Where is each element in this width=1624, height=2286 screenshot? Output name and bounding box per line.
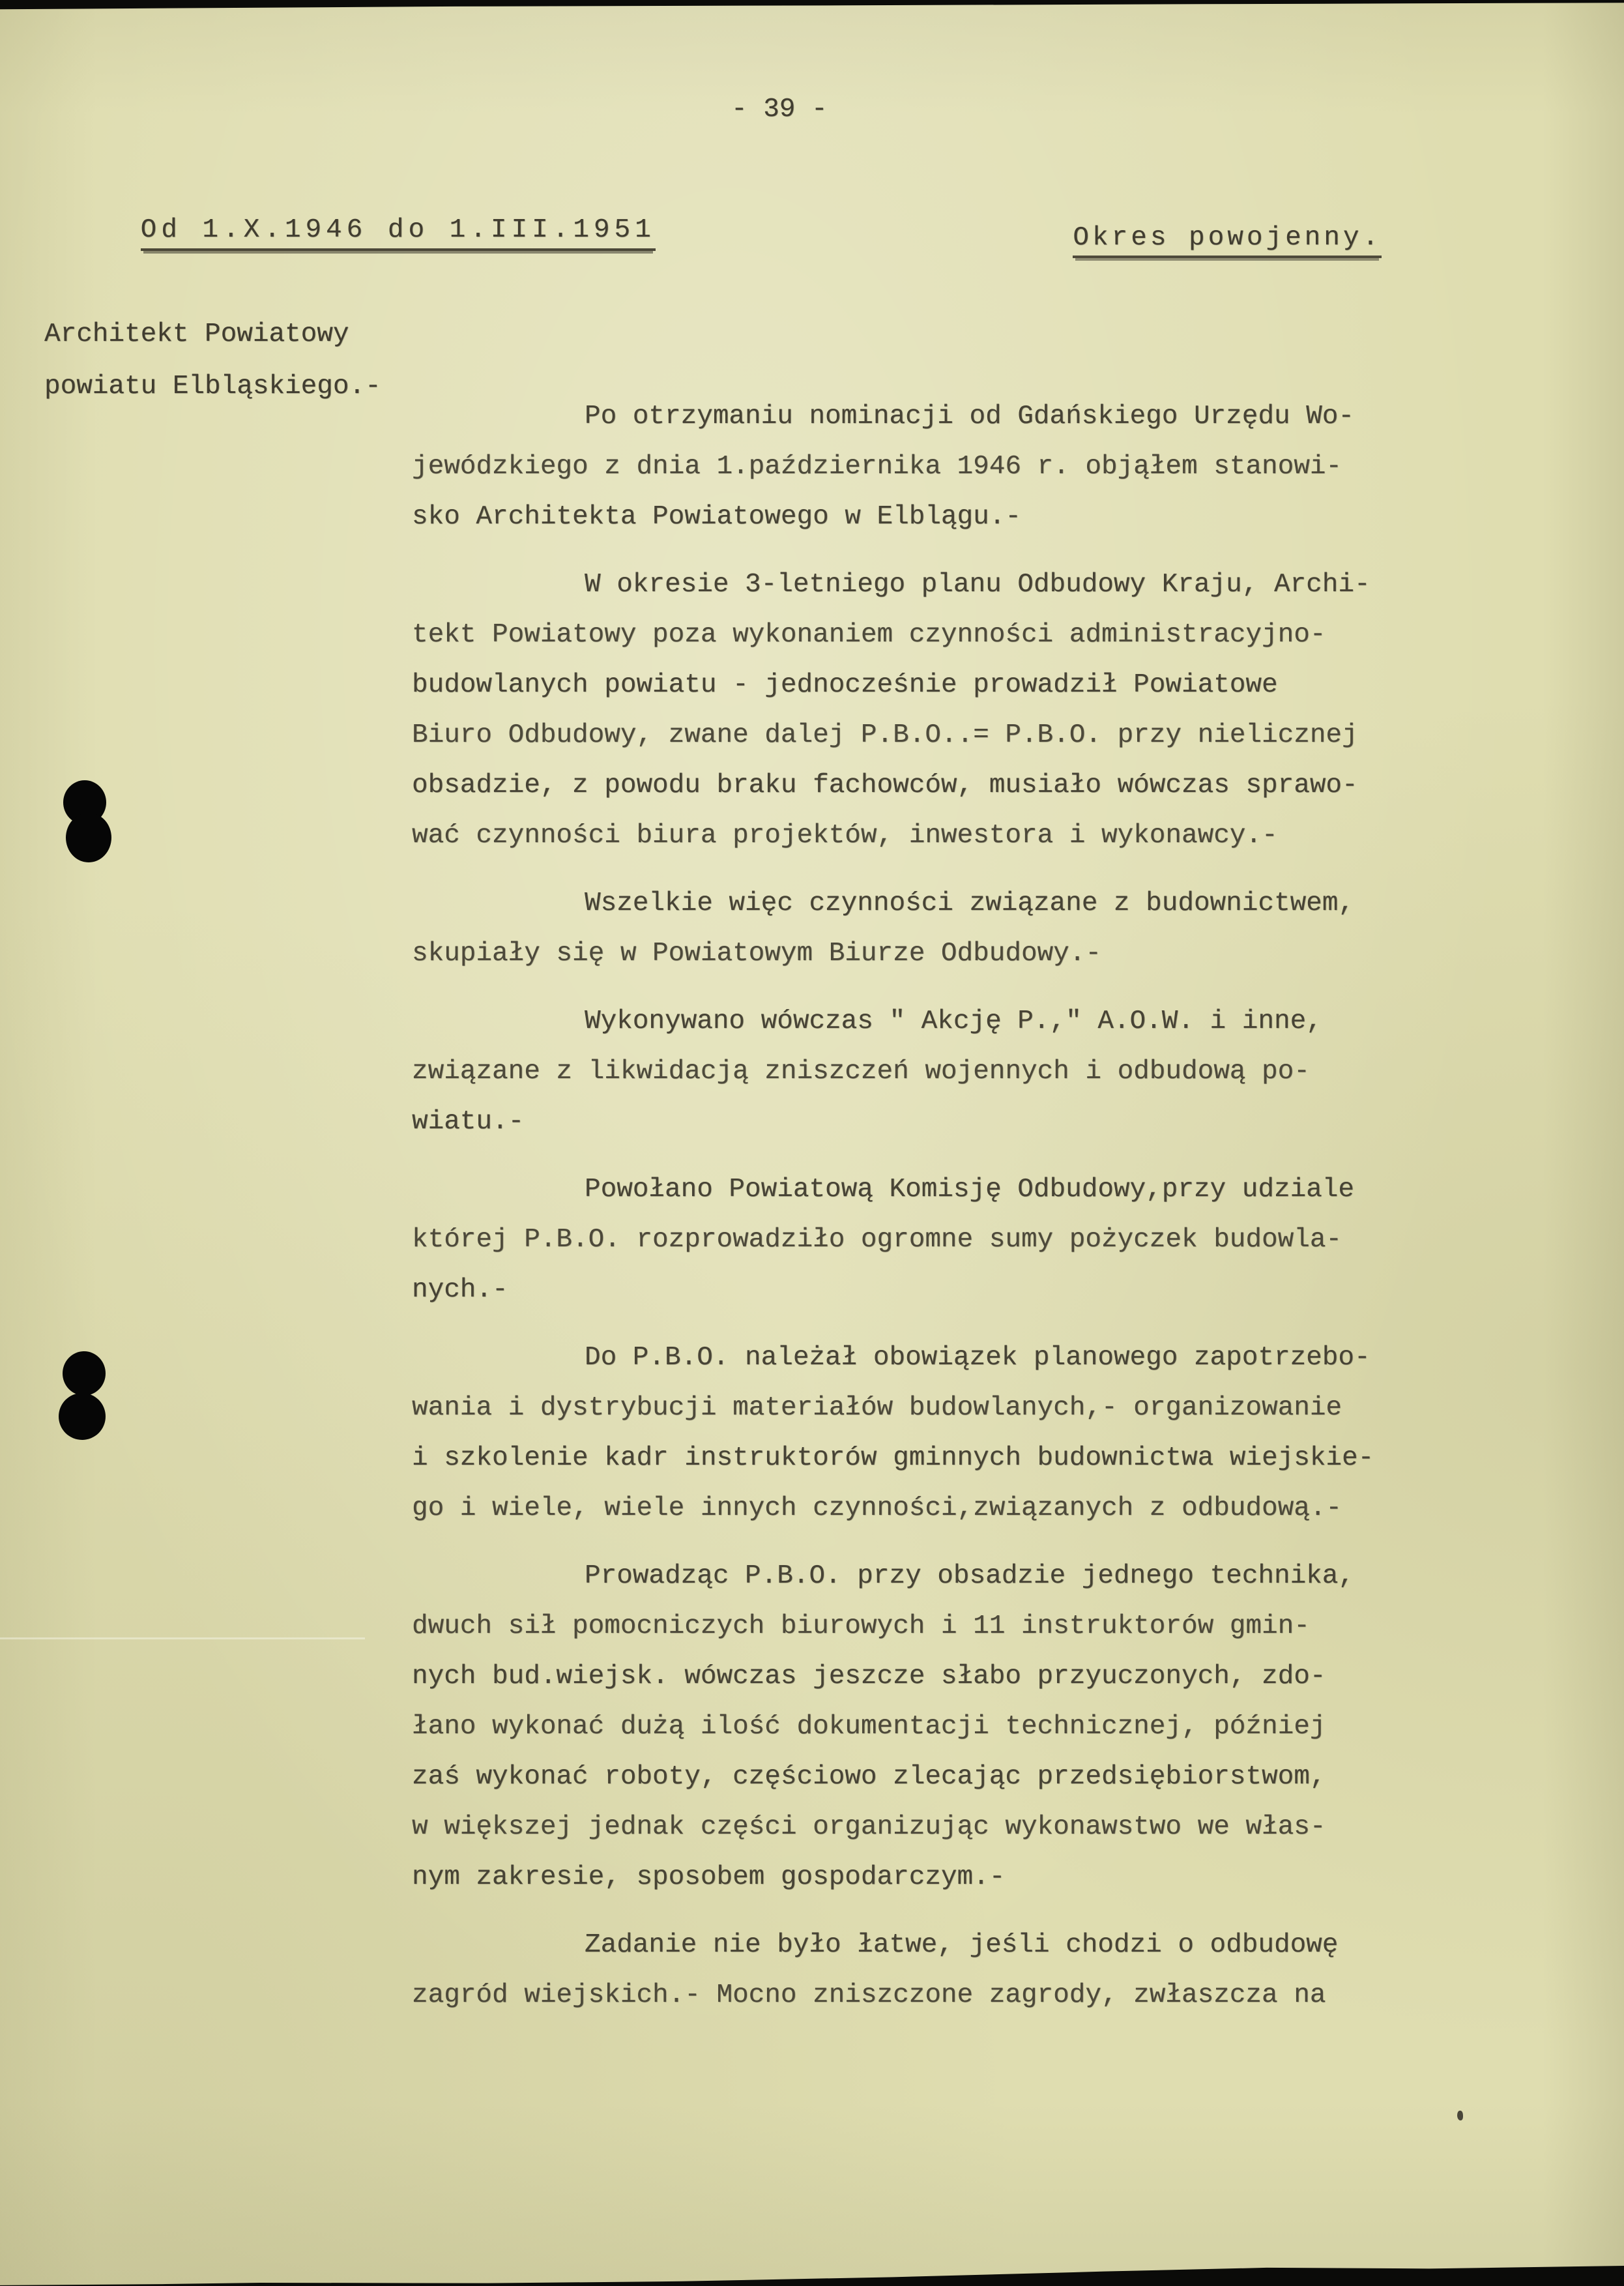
ink-speck xyxy=(1457,2111,1463,2120)
paragraph: Zadanie nie było łatwe, jeśli chodzi o o… xyxy=(412,1920,1428,2021)
ink-dot xyxy=(59,1393,106,1440)
text-line: tekt Powiatowy poza wykonaniem czynności… xyxy=(412,610,1428,660)
paragraph: W okresie 3-letniego planu Odbudowy Kraj… xyxy=(412,560,1428,861)
ink-dot xyxy=(66,813,111,862)
text-line: i szkolenie kadr instruktorów gminnych b… xyxy=(412,1433,1428,1484)
paragraph: Powołano Powiatową Komisję Odbudowy,przy… xyxy=(412,1165,1428,1315)
ink-blot-top xyxy=(62,780,114,864)
header-date-range: Od 1.X.1946 do 1.III.1951 xyxy=(44,152,656,308)
scan-edge-top xyxy=(0,0,1624,10)
text-line: sko Architekta Powiatowego w Elblągu.- xyxy=(412,492,1428,542)
text-line: której P.B.O. rozprowadziło ogromne sumy… xyxy=(412,1215,1428,1265)
text-line: Powołano Powiatową Komisję Odbudowy,przy… xyxy=(412,1165,1428,1215)
text-line: budowlanych powiatu - jednocześnie prowa… xyxy=(412,660,1428,711)
text-line: Wykonywano wówczas " Akcję P.," A.O.W. i… xyxy=(412,997,1428,1047)
text-line: nych bud.wiejsk. wówczas jeszcze słabo p… xyxy=(412,1652,1428,1702)
header-office-title: Architekt Powiatowy xyxy=(44,308,656,360)
paragraph: Prowadząc P.B.O. przy obsadzie jednego t… xyxy=(412,1551,1428,1903)
paragraph: Wszelkie więc czynności związane z budow… xyxy=(412,879,1428,979)
text-line: w większej jednak części organizując wyk… xyxy=(412,1802,1428,1853)
text-line: zaś wykonać roboty, częściowo zlecając p… xyxy=(412,1752,1428,1802)
text-line: wać czynności biura projektów, inwestora… xyxy=(412,811,1428,861)
text-line: Wszelkie więc czynności związane z budow… xyxy=(412,879,1428,929)
ink-blot-bottom xyxy=(59,1351,111,1441)
text-line: wania i dystrybucji materiałów budowlany… xyxy=(412,1383,1428,1433)
paper-crease xyxy=(0,1637,365,1639)
text-line: nych.- xyxy=(412,1265,1428,1315)
document-header: Od 1.X.1946 do 1.III.1951 Architekt Powi… xyxy=(44,152,656,413)
paragraph: Wykonywano wówczas " Akcję P.," A.O.W. i… xyxy=(412,997,1428,1147)
text-line: Biuro Odbudowy, zwane dalej P.B.O..= P.B… xyxy=(412,711,1428,761)
scan-edge-bottom xyxy=(0,2263,1624,2286)
paragraph: Po otrzymaniu nominacji od Gdańskiego Ur… xyxy=(412,392,1428,542)
text-line: dwuch sił pomocniczych biurowych i 11 in… xyxy=(412,1602,1428,1652)
text-line: go i wiele, wiele innych czynności,związ… xyxy=(412,1484,1428,1534)
document-body: Po otrzymaniu nominacji od Gdańskiego Ur… xyxy=(412,392,1428,2038)
text-line: Zadanie nie było łatwe, jeśli chodzi o o… xyxy=(412,1920,1428,1971)
ink-dot xyxy=(63,1351,106,1396)
text-line: nym zakresie, sposobem gospodarczym.- xyxy=(412,1853,1428,1903)
text-line: wiatu.- xyxy=(412,1097,1428,1147)
text-line: obsadzie, z powodu braku fachowców, musi… xyxy=(412,761,1428,811)
text-line: Po otrzymaniu nominacji od Gdańskiego Ur… xyxy=(412,392,1428,442)
scanned-document-page: - 39 - Od 1.X.1946 do 1.III.1951 Archite… xyxy=(0,0,1624,2286)
text-line: jewódzkiego z dnia 1.października 1946 r… xyxy=(412,442,1428,492)
page-number: - 39 - xyxy=(731,93,828,126)
text-line: zagród wiejskich.- Mocno zniszczone zagr… xyxy=(412,1971,1428,2021)
text-line: W okresie 3-letniego planu Odbudowy Kraj… xyxy=(412,560,1428,610)
text-line: łano wykonać dużą ilość dokumentacji tec… xyxy=(412,1702,1428,1752)
text-line: skupiały się w Powiatowym Biurze Odbudow… xyxy=(412,929,1428,979)
text-line: związane z likwidacją zniszczeń wojennyc… xyxy=(412,1047,1428,1097)
section-title: Okres powojenny. xyxy=(1009,160,1382,316)
text-line: Prowadząc P.B.O. przy obsadzie jednego t… xyxy=(412,1551,1428,1602)
text-line: Do P.B.O. należał obowiązek planowego za… xyxy=(412,1333,1428,1383)
paragraph: Do P.B.O. należał obowiązek planowego za… xyxy=(412,1333,1428,1534)
